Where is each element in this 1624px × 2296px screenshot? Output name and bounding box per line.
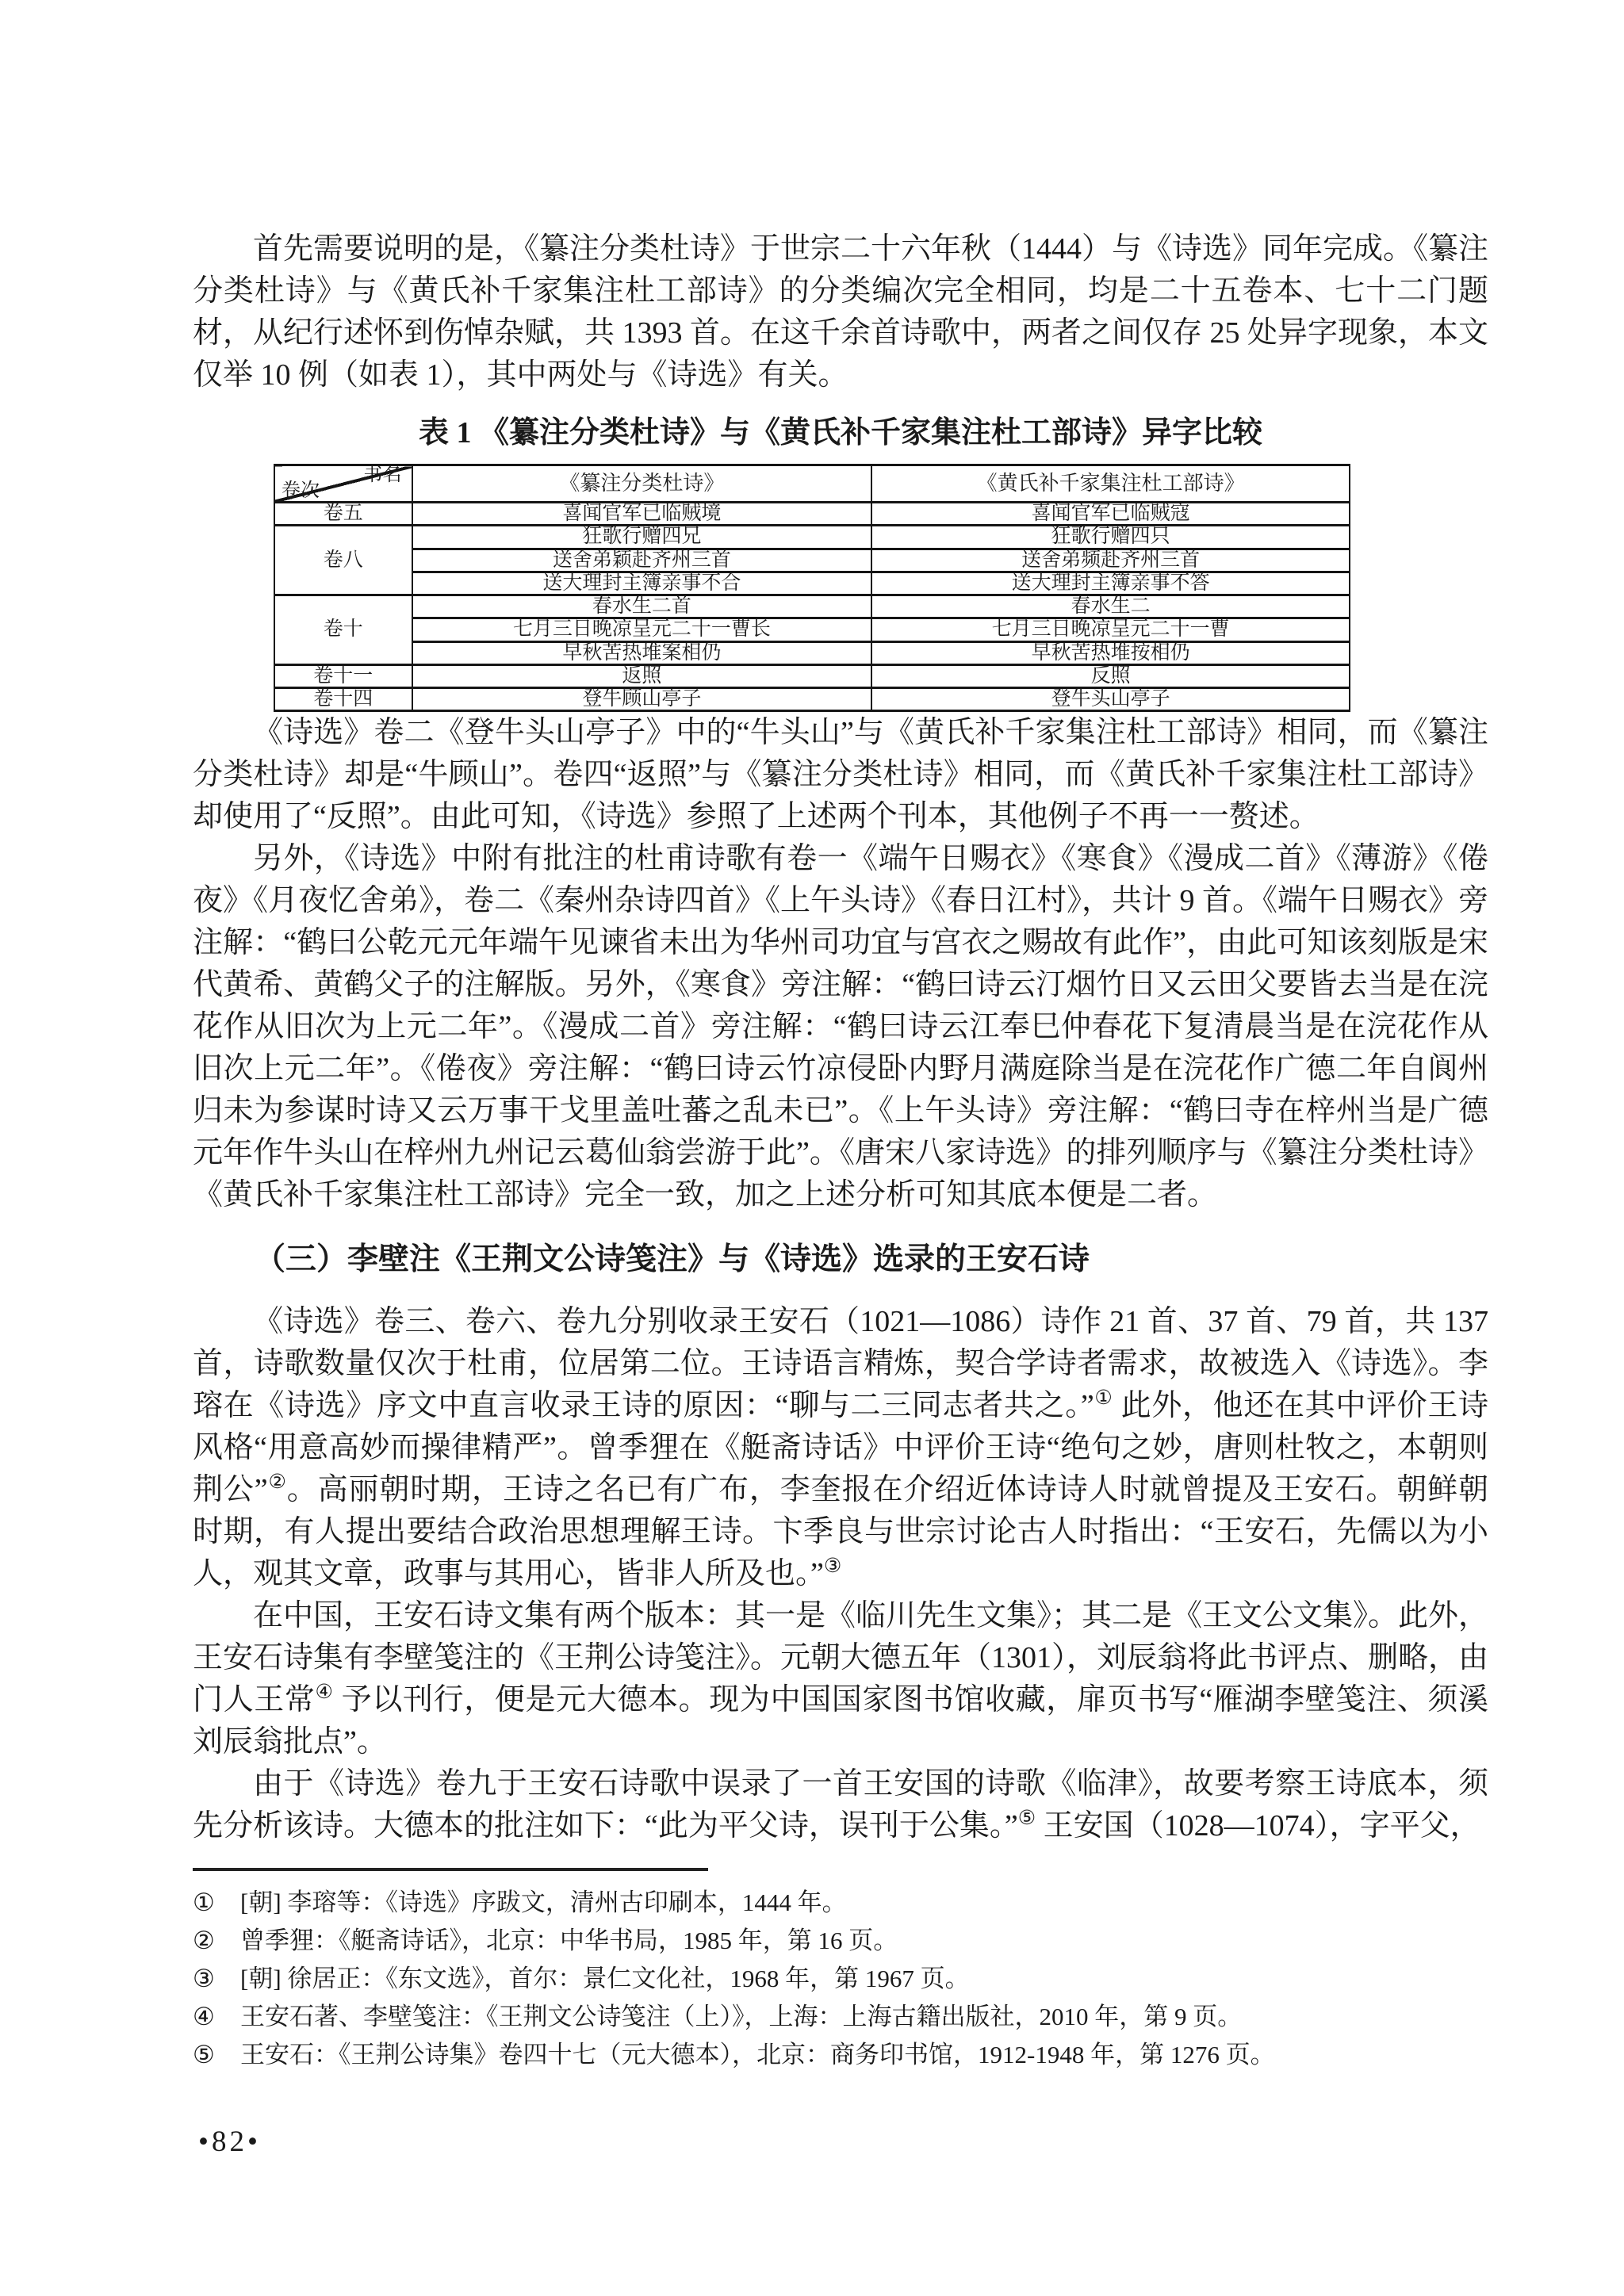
title-cell: 返照	[412, 664, 872, 687]
footnote-list: ① [朝] 李瑢等：《诗选》序跋文，清州古印刷本，1444 年。 ② 曾季狸：《…	[193, 1884, 1488, 2074]
title-cell: 送舍弟频赴齐州三首	[871, 549, 1350, 572]
paragraph-4: 《诗选》卷三、卷六、卷九分别收录王安石（1021—1086）诗作 21 首、37…	[193, 1301, 1488, 1595]
diagonal-corner-cell: 书名 卷次	[274, 465, 412, 503]
footnote-text: 王安石：《王荆公诗集》卷四十七（元大德本），北京：商务印书馆，1912-1948…	[240, 2036, 1488, 2074]
paragraph-2: 《诗选》卷二《登牛头山亭子》中的“牛头山”与《黄氏补千家集注杜工部诗》相同，而《…	[193, 712, 1488, 838]
footnote-item: ⑤ 王安石：《王荆公诗集》卷四十七（元大德本），北京：商务印书馆，1912-19…	[193, 2036, 1488, 2074]
text-column: 首先需要说明的是，《纂注分类杜诗》于世宗二十六年秋（1444）与《诗选》同年完成…	[193, 228, 1488, 2074]
volume-cell: 卷十四	[274, 688, 412, 711]
table-row: 送大理封主簿亲事不合 送大理封主簿亲事不答	[274, 572, 1350, 595]
footnote-item: ① [朝] 李瑢等：《诗选》序跋文，清州古印刷本，1444 年。	[193, 1884, 1488, 1922]
table-row: 早秋苦热堆案相仍 早秋苦热堆按相仍	[274, 641, 1350, 664]
table-row: 七月三日晚凉呈元二十一曹长 七月三日晚凉呈元二十一曹	[274, 618, 1350, 641]
paragraph-3: 另外，《诗选》中附有批注的杜甫诗歌有卷一《端午日赐衣》《寒食》《漫成二首》《薄游…	[193, 838, 1488, 1216]
document-page: 首先需要说明的是，《纂注分类杜诗》于世宗二十六年秋（1444）与《诗选》同年完成…	[0, 0, 1624, 2296]
title-cell: 早秋苦热堆按相仍	[871, 641, 1350, 664]
title-cell: 七月三日晚凉呈元二十一曹	[871, 618, 1350, 641]
footnote-ref-1: ①	[1094, 1387, 1113, 1409]
volume-cell: 卷八	[274, 526, 412, 595]
table-row: 卷十四 登牛顾山亭子 登牛头山亭子	[274, 688, 1350, 711]
volume-cell: 卷十	[274, 595, 412, 665]
title-cell: 春水生二首	[412, 595, 872, 618]
table-row: 卷五 喜闻官军已临贼境 喜闻官军已临贼寇	[274, 503, 1350, 526]
footnote-marker: ④	[193, 1998, 240, 2036]
footnote-text: [朝] 李瑢等：《诗选》序跋文，清州古印刷本，1444 年。	[240, 1884, 1488, 1922]
title-cell: 狂歌行赠四兄	[412, 526, 872, 549]
title-cell: 狂歌行赠四只	[871, 526, 1350, 549]
footnote-text: [朝] 徐居正：《东文选》，首尔：景仁文化社，1968 年，第 1967 页。	[240, 1960, 1488, 1998]
table-caption: 表 1 《纂注分类杜诗》与《黄氏补千家集注杜工部诗》异字比较	[193, 412, 1488, 454]
table-row: 卷十 春水生二首 春水生二	[274, 595, 1350, 618]
footnote-item: ④ 王安石著、李壁笺注：《王荆文公诗笺注（上）》，上海：上海古籍出版社，2010…	[193, 1998, 1488, 2036]
paragraph-1: 首先需要说明的是，《纂注分类杜诗》于世宗二十六年秋（1444）与《诗选》同年完成…	[193, 228, 1488, 396]
volume-cell: 卷十一	[274, 664, 412, 687]
footnote-item: ② 曾季狸：《艇斋诗话》，北京：中华书局，1985 年，第 16 页。	[193, 1922, 1488, 1960]
title-cell: 反照	[871, 664, 1350, 687]
volume-cell: 卷五	[274, 503, 412, 526]
column-header-huangshi: 《黄氏补千家集注杜工部诗》	[871, 465, 1350, 503]
footnote-ref-4: ④	[316, 1682, 334, 1703]
corner-label-book: 书名	[364, 465, 402, 485]
table-row: 送舍弟颖赴齐州三首 送舍弟频赴齐州三首	[274, 549, 1350, 572]
footnote-marker: ⑤	[193, 2036, 240, 2074]
title-cell: 喜闻官军已临贼寇	[871, 503, 1350, 526]
title-cell: 早秋苦热堆案相仍	[412, 641, 872, 664]
footnote-ref-2: ②	[268, 1471, 287, 1493]
footnote-marker: ①	[193, 1884, 240, 1922]
footnote-text: 曾季狸：《艇斋诗话》，北京：中华书局，1985 年，第 16 页。	[240, 1922, 1488, 1960]
paragraph-text: 予以刊行，便是元大德本。现为中国国家图书馆收藏，扉页书写“雁湖李壁笺注、须溪刘辰…	[193, 1683, 1488, 1758]
footnote-ref-5: ⑤	[1018, 1808, 1036, 1829]
paragraph-5: 在中国，王安石诗文集有两个版本：其一是《临川先生文集》；其二是《王文公文集》。此…	[193, 1595, 1488, 1763]
title-cell: 春水生二	[871, 595, 1350, 618]
title-cell: 送舍弟颖赴齐州三首	[412, 549, 872, 572]
title-cell: 喜闻官军已临贼境	[412, 503, 872, 526]
page-number: •82•	[198, 2125, 261, 2159]
footnote-item: ③ [朝] 徐居正：《东文选》，首尔：景仁文化社，1968 年，第 1967 页…	[193, 1960, 1488, 1998]
footnote-marker: ③	[193, 1960, 240, 1998]
table-row: 卷十一 返照 反照	[274, 664, 1350, 687]
table-header-row: 书名 卷次 《纂注分类杜诗》 《黄氏补千家集注杜工部诗》	[274, 465, 1350, 503]
title-cell: 七月三日晚凉呈元二十一曹长	[412, 618, 872, 641]
corner-label-volume: 卷次	[282, 481, 320, 501]
title-cell: 送大理封主簿亲事不合	[412, 572, 872, 595]
title-cell: 登牛头山亭子	[871, 688, 1350, 711]
footnote-ref-3: ③	[824, 1556, 841, 1577]
footnote-marker: ②	[193, 1922, 240, 1960]
paragraph-text: 王安国（1028—1074），字平父，	[1036, 1809, 1480, 1843]
variant-comparison-table: 书名 卷次 《纂注分类杜诗》 《黄氏补千家集注杜工部诗》 卷五 喜闻官军已临贼境…	[274, 464, 1350, 712]
paragraph-6: 由于《诗选》卷九于王安石诗歌中误录了一首王安国的诗歌《临津》，故要考察王诗底本，…	[193, 1763, 1488, 1847]
title-cell: 登牛顾山亭子	[412, 688, 872, 711]
footnote-text: 王安石著、李壁笺注：《王荆文公诗笺注（上）》，上海：上海古籍出版社，2010 年…	[240, 1998, 1488, 2036]
title-cell: 送大理封主簿亲事不答	[871, 572, 1350, 595]
footnote-separator	[193, 1868, 708, 1871]
column-header-zuanzhu: 《纂注分类杜诗》	[412, 465, 872, 503]
table-row: 卷八 狂歌行赠四兄 狂歌行赠四只	[274, 526, 1350, 549]
section-heading: （三）李壁注《王荆文公诗笺注》与《诗选》选录的王安石诗	[193, 1238, 1488, 1280]
